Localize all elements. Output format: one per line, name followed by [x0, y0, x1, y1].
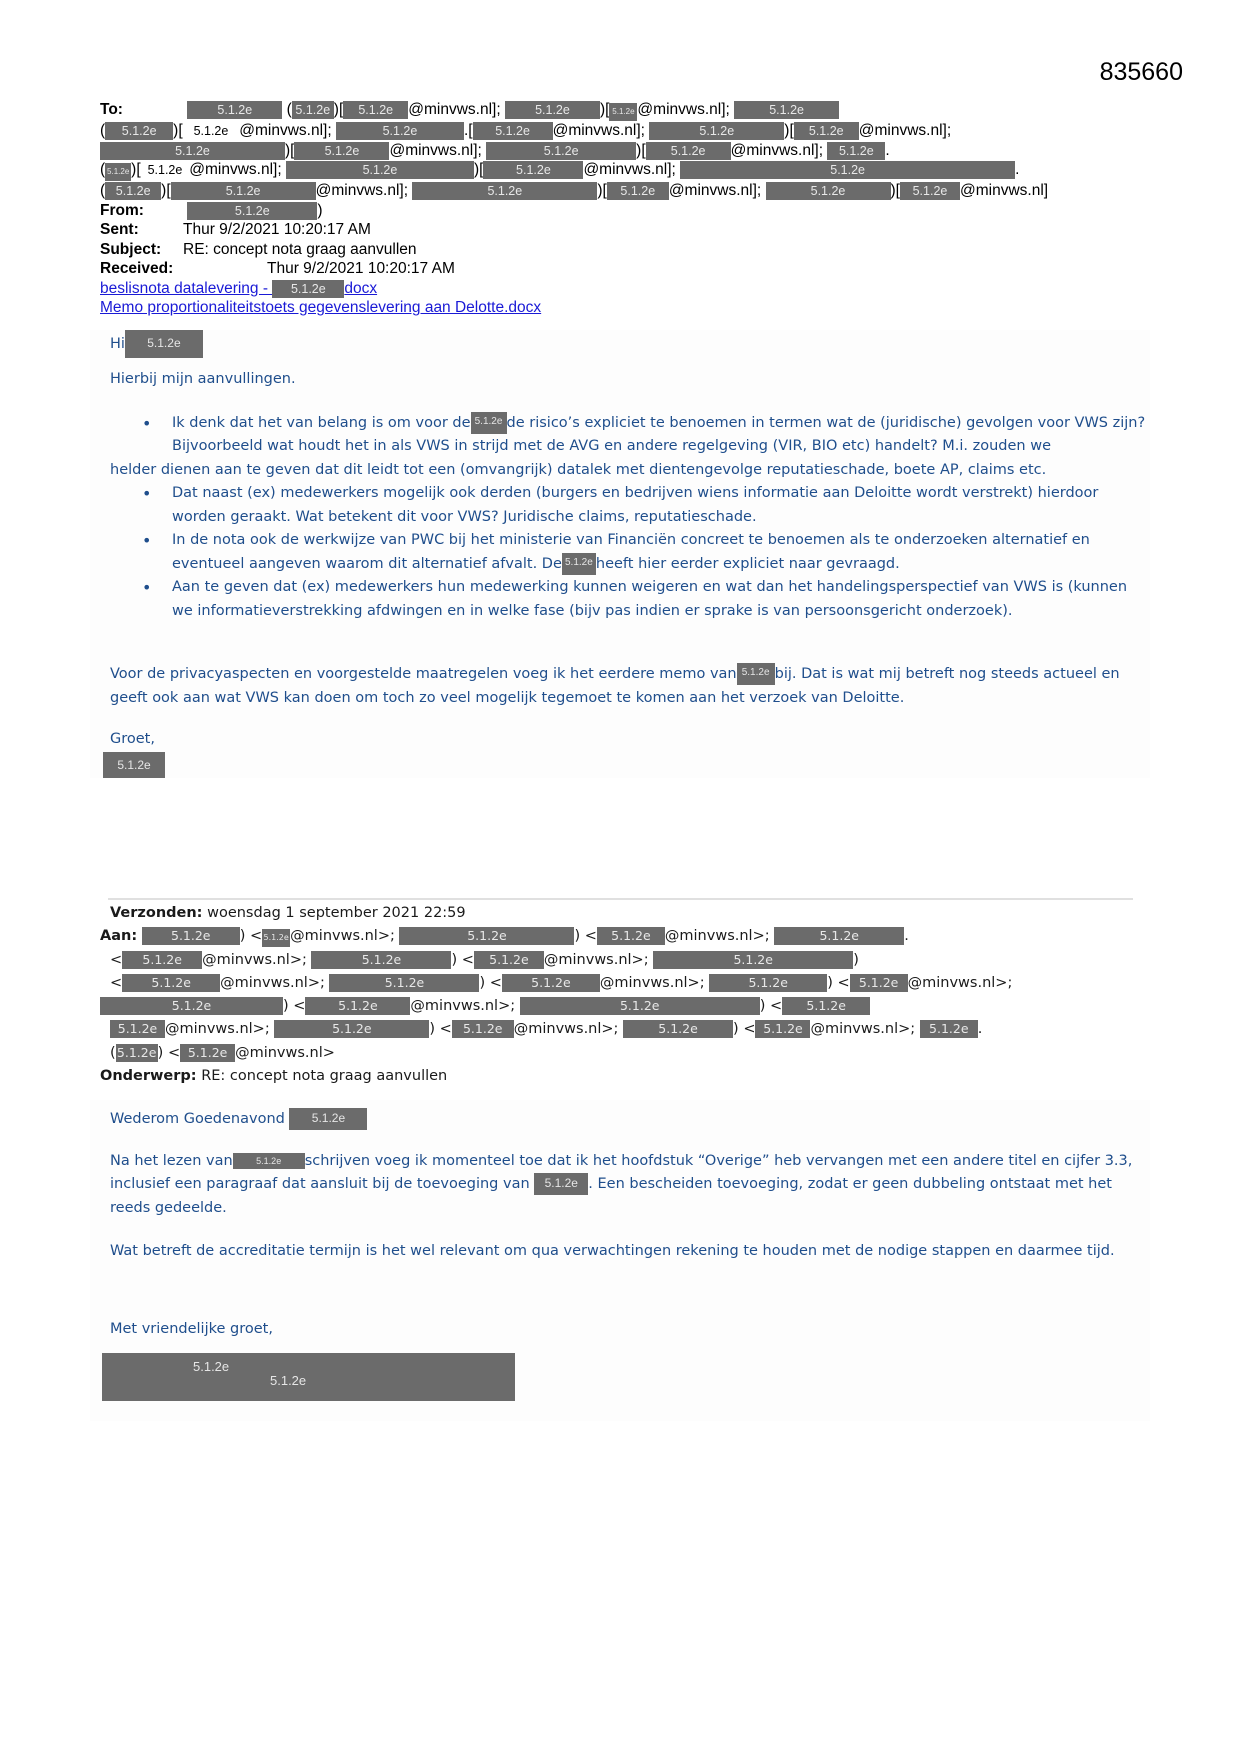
redaction: 5.1.2e: [105, 182, 161, 200]
email-domain: @minvws.nl];: [731, 142, 823, 159]
fwd-subject-row: Onderwerp: RE: concept nota graag aanvul…: [100, 1065, 1160, 1088]
bullet-continuation-2: helder dienen aan te geven dat dit leidt…: [90, 459, 1150, 483]
redaction: 5.1.2e: [920, 1020, 978, 1038]
redaction: 5.1.2e: [520, 997, 760, 1015]
closing: Met vriendelijke groet,: [90, 1318, 1150, 1342]
message-body-2: Wederom Goedenavond 5.1.2e Na het lezen …: [90, 1100, 1150, 1421]
redaction: 5.1.2e: [680, 161, 1015, 179]
email-domain: @minvws.nl>;: [514, 1021, 619, 1037]
message-body-1: Hi5.1.2e Hierbij mijn aanvullingen. Ik d…: [90, 330, 1150, 778]
bullet-continuation: Bijvoorbeeld wat houdt het in als VWS in…: [90, 435, 1150, 459]
redaction: 5.1.2e: [311, 951, 451, 969]
redaction: 5.1.2e: [110, 1020, 165, 1038]
from-row: From: 5.1.2e): [100, 201, 1160, 221]
fwd-to-row: Aan: 5.1.2e) <5.1.2e@minvws.nl>; 5.1.2e)…: [100, 925, 1160, 948]
to-row: (5.1.2e)[5.1.2e@minvws.nl]; 5.1.2e)[5.1.…: [100, 181, 1160, 201]
paragraph-text: Voor de privacyaspecten en voorgestelde …: [110, 666, 737, 682]
redaction: 5.1.2e: [646, 142, 731, 160]
redaction: 5.1.2e: [233, 1153, 305, 1169]
email-domain: @minvws.nl]: [960, 182, 1048, 199]
redaction: 5.1.2e: [597, 927, 665, 945]
email-domain: @minvws.nl];: [859, 122, 951, 139]
redaction: 5.1.2e: [486, 142, 636, 160]
to-label: To:: [100, 100, 183, 120]
redaction: 5.1.2e: [766, 182, 891, 200]
fwd-to-row: <5.1.2e@minvws.nl>; 5.1.2e) <5.1.2e@minv…: [100, 949, 1160, 972]
fwd-sent-value: woensdag 1 september 2021 22:59: [207, 905, 466, 921]
redaction: 5.1.2e: [187, 101, 282, 119]
redaction: 5.1.2e: [145, 161, 185, 179]
email-domain: @minvws.nl>;: [600, 975, 705, 991]
sent-value: Thur 9/2/2021 10:20:17 AM: [183, 221, 371, 238]
subject-value: RE: concept nota graag aanvullen: [183, 241, 417, 258]
email-domain: @minvws.nl];: [389, 142, 481, 159]
redaction: 5.1.2e: [474, 951, 544, 969]
attachment-prefix[interactable]: beslisnota datalevering -: [100, 280, 272, 297]
redaction: 5.1.2e: [336, 122, 464, 140]
signature-redaction: 5.1.2e 5.1.2e: [102, 1353, 515, 1401]
sent-row: Sent:Thur 9/2/2021 10:20:17 AM: [100, 220, 1160, 240]
sent-label: Sent:: [100, 220, 183, 240]
email-domain: @minvws.nl>;: [165, 1021, 270, 1037]
attachment-name[interactable]: Memo proportionaliteitstoets gegevenslev…: [100, 299, 541, 316]
bullet-item: Aan te geven dat (ex) medewerkers hun me…: [172, 576, 1150, 623]
redaction: 5.1.2e: [794, 122, 859, 140]
redaction: 5.1.2e: [502, 974, 600, 992]
subject-label: Subject:: [100, 240, 183, 260]
redaction: 5.1.2e: [623, 1020, 733, 1038]
closing: Groet,: [90, 728, 1150, 752]
email-domain: @minvws.nl>;: [665, 928, 770, 944]
redaction: 5.1.2e: [755, 1020, 810, 1038]
bullet-text: heeft hier eerder expliciet naar gevraag…: [596, 556, 900, 572]
redaction: 5.1.2e: [100, 142, 285, 160]
email-domain: @minvws.nl>;: [290, 928, 395, 944]
fwd-subject-label: Onderwerp:: [100, 1068, 197, 1084]
redaction: 5.1.2e: [649, 122, 784, 140]
email-domain: @minvws.nl>;: [410, 998, 515, 1014]
email-domain: @minvws.nl];: [669, 182, 761, 199]
to-row: (5.1.2e)[ 5.1.2e @minvws.nl]; 5.1.2e.[5.…: [100, 121, 1160, 141]
redaction: 5.1.2e: [105, 122, 173, 140]
redaction: 5.1.2e: [827, 142, 885, 160]
redaction: 5.1.2e: [270, 1369, 306, 1393]
fwd-to-row: 5.1.2e) <5.1.2e@minvws.nl>; 5.1.2e) <5.1…: [100, 995, 1160, 1018]
redaction: 5.1.2e: [483, 161, 583, 179]
paragraph-1: Na het lezen van5.1.2eschrijven voeg ik …: [90, 1150, 1150, 1221]
subject-row: Subject:RE: concept nota graag aanvullen: [100, 240, 1160, 260]
redaction: 5.1.2e: [534, 1173, 588, 1195]
redaction: 5.1.2e: [171, 182, 316, 200]
redaction: 5.1.2e: [105, 163, 131, 181]
redaction: 5.1.2e: [562, 553, 596, 575]
fwd-sent-row: Verzonden: woensdag 1 september 2021 22:…: [100, 902, 1160, 925]
to-row: 5.1.2e)[5.1.2e@minvws.nl]; 5.1.2e)[5.1.2…: [100, 141, 1160, 161]
redaction: 5.1.2e: [471, 412, 507, 434]
redaction: 5.1.2e: [774, 927, 904, 945]
redaction: 5.1.2e: [653, 951, 853, 969]
email-domain: @minvws.nl];: [553, 122, 645, 139]
redaction: 5.1.2e: [103, 752, 165, 778]
received-row: Received:Thur 9/2/2021 10:20:17 AM: [100, 259, 1160, 279]
bullet-list: Ik denk dat het van belang is om voor de…: [90, 412, 1150, 436]
fwd-to-row: (5.1.2e) <5.1.2e@minvws.nl>: [100, 1042, 1160, 1065]
attachment-link-1[interactable]: beslisnota datalevering - 5.1.2edocx: [100, 279, 1160, 299]
redaction: 5.1.2e: [709, 974, 827, 992]
redaction: 5.1.2e: [343, 101, 408, 119]
received-label: Received:: [100, 259, 267, 279]
fwd-sent-label: Verzonden:: [110, 905, 202, 921]
fwd-to-row: <5.1.2e@minvws.nl>; 5.1.2e) <5.1.2e@minv…: [100, 972, 1160, 995]
attachment-link-2[interactable]: Memo proportionaliteitstoets gegevenslev…: [100, 298, 1160, 318]
paragraph-2: Wat betreft de accreditatie termijn is h…: [90, 1240, 1150, 1264]
intro: Hierbij mijn aanvullingen.: [90, 368, 1150, 392]
signature: 5.1.2e: [90, 752, 1150, 778]
redaction: 5.1.2e: [609, 103, 637, 121]
redaction: 5.1.2e: [122, 974, 220, 992]
redaction: 5.1.2e: [122, 951, 202, 969]
redaction: 5.1.2e: [187, 122, 235, 140]
email-domain: @minvws.nl];: [408, 101, 500, 118]
paragraph-text: Na het lezen van: [110, 1153, 233, 1169]
email-header: To: 5.1.2e (5.1.2e)[5.1.2e@minvws.nl]; 5…: [100, 100, 1160, 318]
separator: [108, 898, 1133, 900]
email-domain: @minvws.nl>;: [220, 975, 325, 991]
received-value: Thur 9/2/2021 10:20:17 AM: [267, 260, 455, 277]
email-domain: @minvws.nl];: [316, 182, 408, 199]
redaction: 5.1.2e: [782, 997, 870, 1015]
email-domain: @minvws.nl];: [583, 161, 675, 178]
redaction: 5.1.2e: [125, 330, 203, 358]
redaction: 5.1.2e: [292, 101, 334, 119]
redaction: 5.1.2e: [262, 929, 290, 947]
redaction: 5.1.2e: [412, 182, 597, 200]
attachment-suffix[interactable]: docx: [344, 280, 377, 297]
redaction: 5.1.2e: [737, 663, 775, 685]
redaction: 5.1.2e: [452, 1020, 514, 1038]
redaction: 5.1.2e: [850, 974, 908, 992]
forwarded-header: Verzonden: woensdag 1 september 2021 22:…: [100, 902, 1160, 1088]
redaction: 5.1.2e: [116, 1044, 158, 1062]
redaction: 5.1.2e: [187, 202, 317, 220]
email-domain: @minvws.nl];: [239, 122, 331, 139]
privacy-paragraph: Voor de privacyaspecten en voorgestelde …: [90, 663, 1150, 710]
bullet-item: Dat naast (ex) medewerkers mogelijk ook …: [172, 482, 1150, 529]
redaction: 5.1.2e: [294, 142, 389, 160]
redaction: 5.1.2e: [100, 997, 283, 1015]
redaction: 5.1.2e: [734, 101, 839, 119]
redaction: 5.1.2e: [329, 974, 479, 992]
document-id: 835660: [1100, 58, 1183, 87]
fwd-to-row: 5.1.2e@minvws.nl>; 5.1.2e) <5.1.2e@minvw…: [100, 1018, 1160, 1041]
greeting: Wederom Goedenavond 5.1.2e: [90, 1108, 1150, 1132]
greeting-text: Wederom Goedenavond: [110, 1111, 285, 1127]
to-row: (5.1.2e)[ 5.1.2e @minvws.nl]; 5.1.2e)[5.…: [100, 160, 1160, 181]
redaction: 5.1.2e: [142, 927, 240, 945]
greeting-text: Hi: [110, 336, 125, 352]
redaction: 5.1.2e: [900, 182, 960, 200]
redaction: 5.1.2e: [274, 1020, 429, 1038]
redaction: 5.1.2e: [180, 1044, 235, 1062]
redaction: 5.1.2e: [305, 997, 410, 1015]
bullet-item: In de nota ook de werkwijze van PWC bij …: [172, 529, 1150, 576]
bullet-text: Ik denk dat het van belang is om voor de: [172, 415, 471, 431]
redaction: 5.1.2e: [399, 927, 574, 945]
fwd-subject-value: RE: concept nota graag aanvullen: [201, 1068, 447, 1084]
redaction: 5.1.2e: [473, 122, 553, 140]
to-row: To: 5.1.2e (5.1.2e)[5.1.2e@minvws.nl]; 5…: [100, 100, 1160, 121]
bullet-item: Ik denk dat het van belang is om voor de…: [172, 412, 1150, 436]
fwd-to-label: Aan:: [100, 928, 137, 944]
email-domain: @minvws.nl>;: [810, 1021, 915, 1037]
email-domain: @minvws.nl>: [235, 1045, 335, 1061]
email-domain: @minvws.nl];: [189, 161, 281, 178]
email-domain: @minvws.nl>;: [544, 952, 649, 968]
redaction: 5.1.2e: [289, 1108, 367, 1130]
email-domain: @minvws.nl];: [637, 101, 729, 118]
redaction: 5.1.2e: [193, 1355, 229, 1379]
bullet-text: de risico’s expliciet te benoemen in ter…: [507, 415, 1146, 431]
email-domain: @minvws.nl>;: [202, 952, 307, 968]
redaction: 5.1.2e: [286, 161, 474, 179]
redaction: 5.1.2e: [505, 101, 600, 119]
email-domain: @minvws.nl>;: [908, 975, 1013, 991]
redaction: 5.1.2e: [607, 182, 669, 200]
from-label: From:: [100, 201, 183, 221]
bullet-list: Dat naast (ex) medewerkers mogelijk ook …: [90, 482, 1150, 623]
greeting: Hi5.1.2e: [90, 330, 1150, 358]
redaction: 5.1.2e: [272, 280, 344, 298]
